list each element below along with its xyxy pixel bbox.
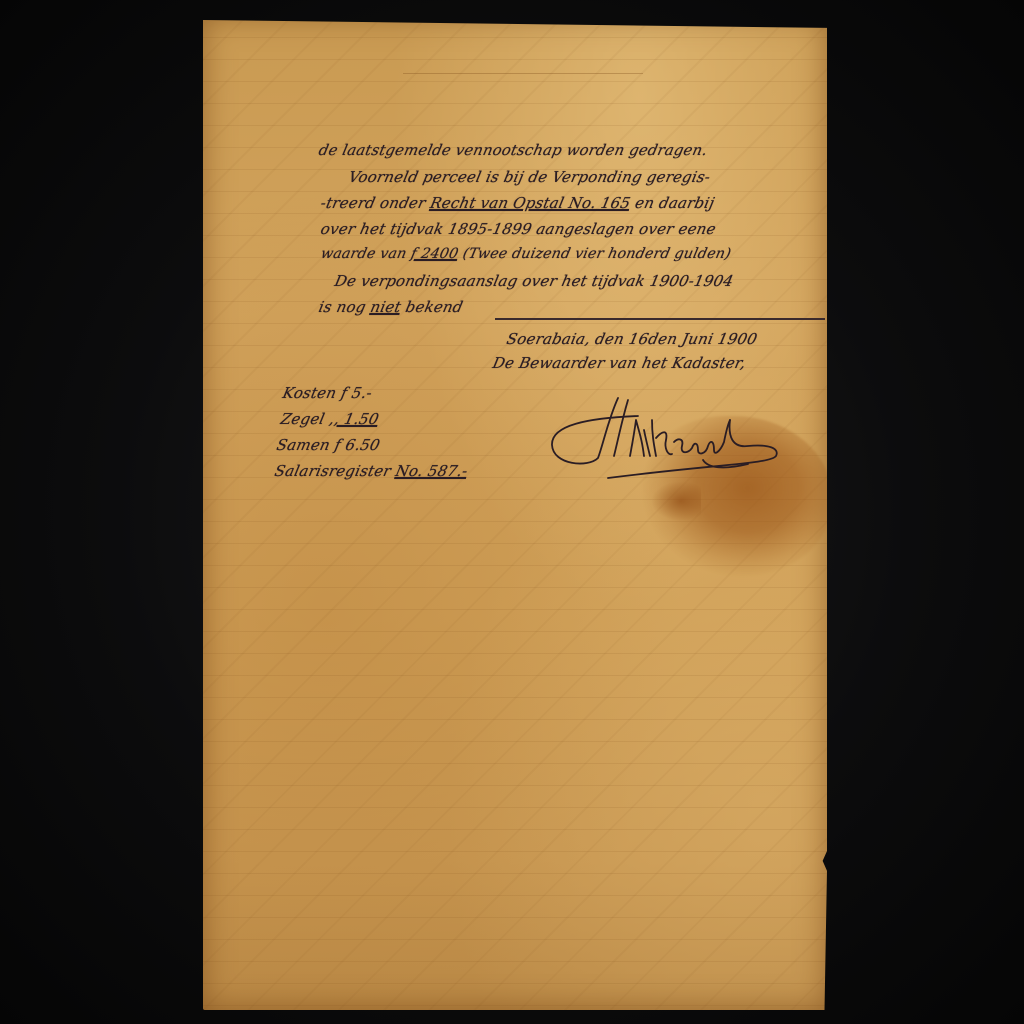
place-date: Soerabaia, den 16den Juni 1900 bbox=[505, 330, 759, 348]
fee-samen: Samen f 6.50 bbox=[275, 436, 382, 454]
document-page: de laatstgemelde vennootschap worden ged… bbox=[203, 16, 827, 1010]
body-line-1: de laatstgemelde vennootschap worden ged… bbox=[317, 142, 709, 159]
body-line-6: De verpondingsaanslag over het tijdvak 1… bbox=[333, 272, 735, 290]
recht-van-opstal-reference: Recht van Opstal No. 165 bbox=[429, 194, 633, 212]
fee-zegel: Zegel ,, 1.50 bbox=[279, 410, 380, 428]
body-line-7: is nog niet bekend bbox=[317, 298, 465, 316]
official-title: De Bewaarder van het Kadaster, bbox=[491, 354, 747, 372]
body-line-5: waarde van f 2400 (Twee duizend vier hon… bbox=[319, 246, 732, 262]
body-line-2: Voorneld perceel is bij de Verponding ge… bbox=[347, 168, 712, 186]
salary-register: Salarisregister No. 587.- bbox=[273, 462, 469, 480]
fee-kosten: Kosten f 5.- bbox=[281, 384, 374, 402]
closing-line bbox=[495, 318, 825, 320]
niet-emphasis: niet bbox=[369, 298, 403, 316]
body-line-4: over het tijdvak 1895-1899 aangeslagen o… bbox=[319, 220, 718, 238]
signature bbox=[548, 390, 783, 490]
faint-header-rule bbox=[403, 73, 643, 74]
body-line-3: -treerd onder Recht van Opstal No. 165 e… bbox=[319, 194, 716, 212]
signature-flourish-icon bbox=[548, 390, 783, 490]
assessed-value: f 2400 bbox=[409, 246, 459, 262]
